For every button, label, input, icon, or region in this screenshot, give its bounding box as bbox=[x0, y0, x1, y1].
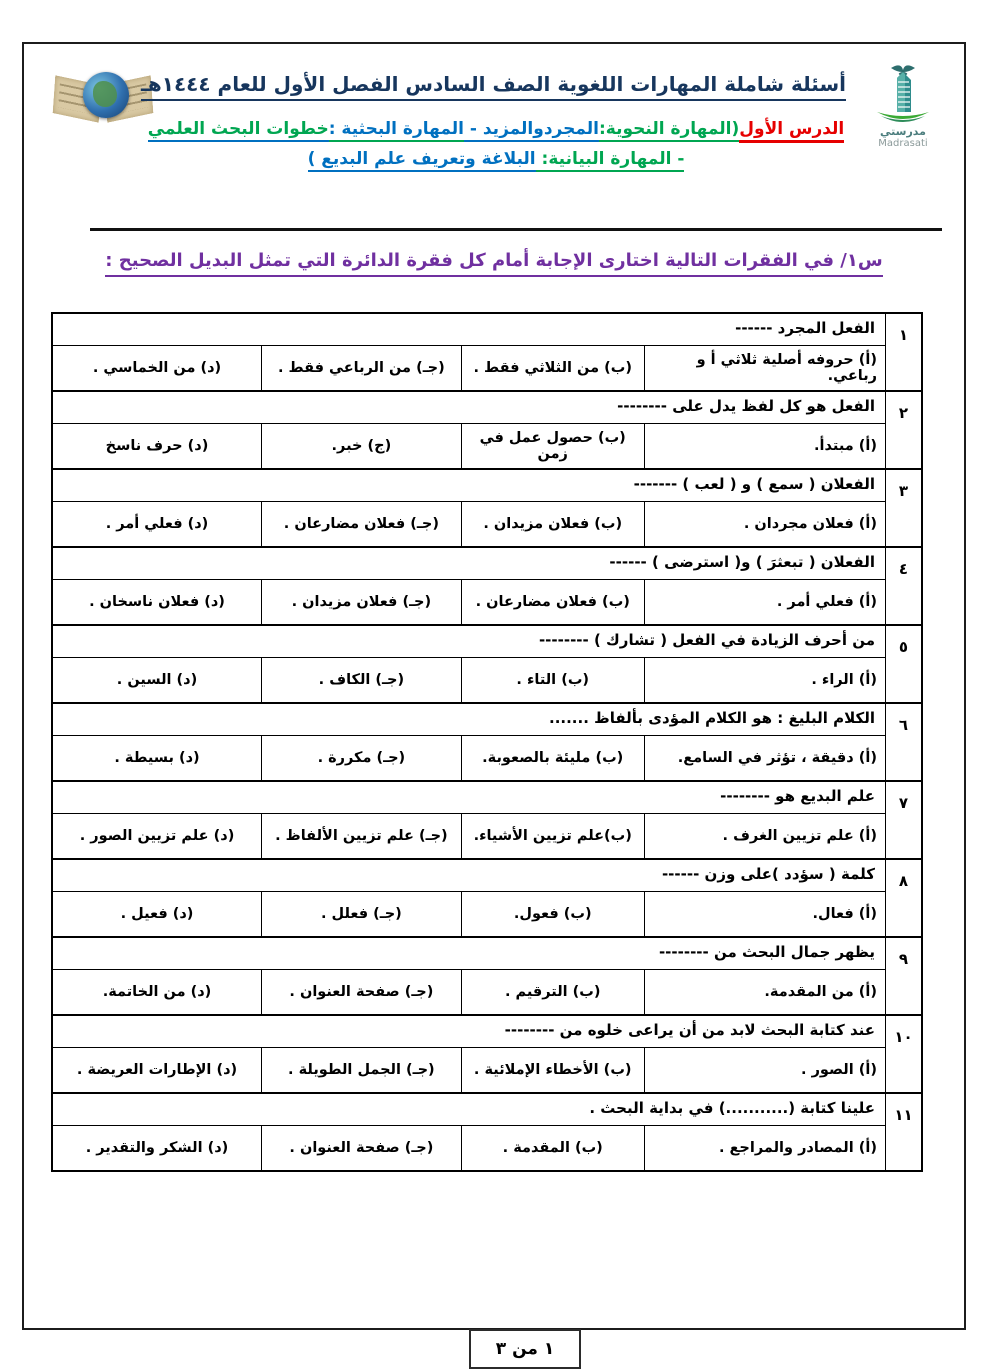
option-d: (د) بسيطة . bbox=[53, 736, 261, 780]
option-c: (جـ) فعلل . bbox=[261, 892, 461, 936]
question-stem: يظهر جمال البحث من -------- bbox=[53, 938, 885, 970]
option-c: (جـ) الجمل الطويلة . bbox=[261, 1048, 461, 1092]
question-stem: كلمة ( سؤدد )على وزن ------ bbox=[53, 860, 885, 892]
option-b: (ب) المقدمة . bbox=[461, 1126, 644, 1170]
option-b: (ب) فعلان مزيدان . bbox=[461, 502, 644, 546]
question-row-1: ١ الفعل المجرد ------ (أ) حروفه أصلية ثل… bbox=[53, 314, 921, 392]
option-d: (د) من الخماسي . bbox=[53, 346, 261, 390]
option-b: (ب) من الثلاثي فقط . bbox=[461, 346, 644, 390]
option-b: (ب) فعول. bbox=[461, 892, 644, 936]
question-number: ٨ bbox=[885, 860, 921, 936]
document-page: مدرستي Madrasati أسئلة شاملة المهارات ال… bbox=[0, 0, 992, 1370]
option-a: (أ) علم تزيين الغرف . bbox=[644, 814, 885, 858]
question-stem: من أحرف الزيادة في الفعل ( تشارك ) -----… bbox=[53, 626, 885, 658]
option-d: (د) السين . bbox=[53, 658, 261, 702]
option-b: (ب) مليئة بالصعوبة. bbox=[461, 736, 644, 780]
question-row-5: ٥ من أحرف الزيادة في الفعل ( تشارك ) ---… bbox=[53, 626, 921, 704]
question-stem: الفعلان ( تبعثرَ ) و( استرضى ) ------ bbox=[53, 548, 885, 580]
madrasati-logo: مدرستي Madrasati bbox=[864, 60, 942, 170]
question-number: ٤ bbox=[885, 548, 921, 624]
option-d: (د) فعيل . bbox=[53, 892, 261, 936]
option-a: (أ) المصادر والمراجع . bbox=[644, 1126, 885, 1170]
research-skill-topic: خطوات البحث العلمي bbox=[148, 119, 329, 142]
option-b: (ب) فعلان مضارعان . bbox=[461, 580, 644, 624]
option-a: (أ) حروفه أصلية ثلاثي أ و رباعي. bbox=[644, 346, 885, 390]
option-c: (جـ) من الرباعي فقط . bbox=[261, 346, 461, 390]
question-number: ٦ bbox=[885, 704, 921, 780]
question-row-11: ١١ علينا كتابة (...........) في بداية ال… bbox=[53, 1094, 921, 1170]
question-number: ١ bbox=[885, 314, 921, 390]
option-a: (أ) مبتدأ. bbox=[644, 424, 885, 468]
question-number: ٥ bbox=[885, 626, 921, 702]
lesson-subtitle: الدرس الأول(المهارة النحوية:المجردوالمزي… bbox=[146, 115, 846, 175]
question-row-2: ٢ الفعل هو كل لفظ يدل على -------- (أ) م… bbox=[53, 392, 921, 470]
question-stem: علينا كتابة (...........) في بداية البحث… bbox=[53, 1094, 885, 1126]
option-a: (أ) الراء . bbox=[644, 658, 885, 702]
question-number: ٩ bbox=[885, 938, 921, 1014]
document-title: أسئلة شاملة المهارات اللغوية الصف السادس… bbox=[141, 72, 846, 101]
option-a: (أ) فعلان مجردان . bbox=[644, 502, 885, 546]
option-b: (ب)علم تزيين الأشياء. bbox=[461, 814, 644, 858]
research-skill-label: المهارة البحثية : bbox=[329, 119, 464, 142]
option-c: (جـ) فعلان مزيدان . bbox=[261, 580, 461, 624]
header-divider-line bbox=[90, 228, 942, 231]
option-d: (د) فعلان ناسخان . bbox=[53, 580, 261, 624]
option-a: (أ) فعال. bbox=[644, 892, 885, 936]
madrasati-english-label: Madrasati bbox=[864, 138, 942, 150]
madrasati-arabic-label: مدرستي bbox=[864, 126, 942, 138]
option-c: (جـ) مكررة . bbox=[261, 736, 461, 780]
option-c: (جـ) فعلان مضارعان . bbox=[261, 502, 461, 546]
option-d: (د) من الخاتمة. bbox=[53, 970, 261, 1014]
option-b: (ب) التاء . bbox=[461, 658, 644, 702]
question-stem: الكلام البليغ : هو الكلام المؤدى بألفاظ … bbox=[53, 704, 885, 736]
option-d: (د) فعلي أمر . bbox=[53, 502, 261, 546]
option-c: (جـ) علم تزيين الألفاظ . bbox=[261, 814, 461, 858]
madrasati-tower-icon bbox=[871, 60, 935, 126]
option-d: (د) الشكر والتقدير . bbox=[53, 1126, 261, 1170]
question-number: ٢ bbox=[885, 392, 921, 468]
header-text-block: أسئلة شاملة المهارات اللغوية الصف السادس… bbox=[146, 72, 846, 175]
question-stem: عند كتابة البحث لابد من أن يراعى خلوه من… bbox=[53, 1016, 885, 1048]
grammar-skill-topic: المجردوالمزيد - bbox=[464, 119, 599, 142]
question-stem: الفعل هو كل لفظ يدل على -------- bbox=[53, 392, 885, 424]
question-number: ١١ bbox=[885, 1094, 921, 1170]
option-b: (ب) الترقيم . bbox=[461, 970, 644, 1014]
grammar-skill-label: (المهارة النحوية: bbox=[599, 119, 739, 142]
option-d: (د) الإطارات العريضة . bbox=[53, 1048, 261, 1092]
question-row-6: ٦ الكلام البليغ : هو الكلام المؤدى بألفا… bbox=[53, 704, 921, 782]
subtitle-line-2: - المهارة البيانية: البلاغة وتعريف علم ا… bbox=[146, 145, 846, 175]
question-row-7: ٧ علم البديع هو -------- (أ) علم تزيين ا… bbox=[53, 782, 921, 860]
question-row-10: ١٠ عند كتابة البحث لابد من أن يراعى خلوه… bbox=[53, 1016, 921, 1094]
option-b: (ب) الأخطاء الإملائية . bbox=[461, 1048, 644, 1092]
page-border-frame: مدرستي Madrasati أسئلة شاملة المهارات ال… bbox=[22, 42, 966, 1330]
lesson-label: الدرس الأول bbox=[739, 119, 844, 143]
question-row-4: ٤ الفعلان ( تبعثرَ ) و( استرضى ) ------ … bbox=[53, 548, 921, 626]
rhetoric-skill-topic: البلاغة وتعريف علم البديع ) bbox=[308, 149, 536, 172]
subtitle-line-1: الدرس الأول(المهارة النحوية:المجردوالمزي… bbox=[146, 115, 846, 145]
option-c: (ج) خبر. bbox=[261, 424, 461, 468]
questions-table: ١ الفعل المجرد ------ (أ) حروفه أصلية ثل… bbox=[51, 312, 923, 1172]
question-number: ١٠ bbox=[885, 1016, 921, 1092]
option-a: (أ) فعلي أمر . bbox=[644, 580, 885, 624]
option-c: (جـ) صفحة العنوان . bbox=[261, 1126, 461, 1170]
option-a: (أ) من المقدمة. bbox=[644, 970, 885, 1014]
question-one-instruction: س١/ في الفقرات التالية اختارى الإجابة أم… bbox=[105, 250, 882, 277]
question-row-9: ٩ يظهر جمال البحث من -------- (أ) من الم… bbox=[53, 938, 921, 1016]
question-row-3: ٣ الفعلان ( سمع ) و ( لعب ) ------- (أ) … bbox=[53, 470, 921, 548]
question-stem: الفعل المجرد ------ bbox=[53, 314, 885, 346]
option-a: (أ) دقيقة ، تؤثر في السامع. bbox=[644, 736, 885, 780]
question-stem: علم البديع هو -------- bbox=[53, 782, 885, 814]
question-row-8: ٨ كلمة ( سؤدد )على وزن ------ (أ) فعال. … bbox=[53, 860, 921, 938]
question-number: ٣ bbox=[885, 470, 921, 546]
globe-icon bbox=[83, 72, 129, 118]
question-stem: الفعلان ( سمع ) و ( لعب ) ------- bbox=[53, 470, 885, 502]
option-c: (جـ) صفحة العنوان . bbox=[261, 970, 461, 1014]
question-number: ٧ bbox=[885, 782, 921, 858]
option-b: (ب) حصول عمل في زمن bbox=[461, 424, 644, 468]
question-heading-wrap: س١/ في الفقرات التالية اختارى الإجابة أم… bbox=[24, 250, 964, 277]
option-d: (د) علم تزيين الصور . bbox=[53, 814, 261, 858]
option-a: (أ) الصور . bbox=[644, 1048, 885, 1092]
option-c: (جـ) الكاف . bbox=[261, 658, 461, 702]
page-number-badge: ١ من ٣ bbox=[469, 1329, 581, 1369]
rhetoric-skill-label: - المهارة البيانية: bbox=[536, 149, 685, 172]
option-d: (د) حرف ناسخ bbox=[53, 424, 261, 468]
